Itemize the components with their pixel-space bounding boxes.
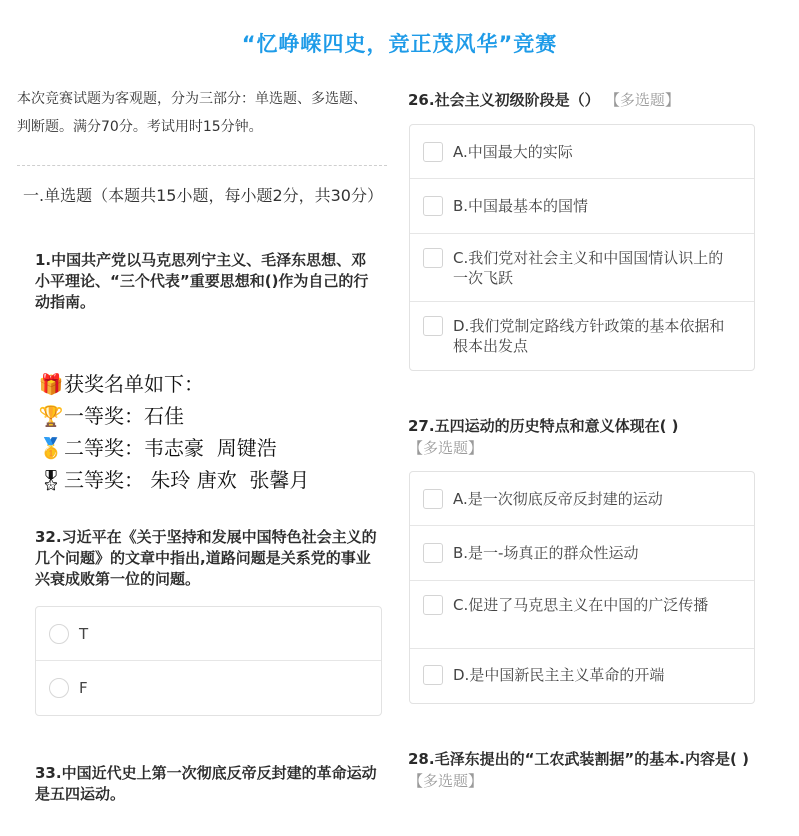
award-rank: 一等奖： (64, 400, 144, 432)
award-second: 🥇 二等奖： 韦志豪 周键浩 (38, 432, 378, 464)
trophy-icon: 🏆 (38, 400, 64, 432)
award-names: 石佳 (144, 400, 184, 432)
question-28-text: 28.毛泽东提出的“工农武装割据”的基本.内容是( ) (408, 750, 749, 768)
option-a[interactable]: A.是一次彻底反帝反封建的运动 (410, 472, 754, 526)
option-label: T (79, 625, 88, 643)
award-rank: 三等奖： (64, 464, 144, 496)
option-label: B.是一-场真正的群众性运动 (453, 543, 738, 563)
option-label: A.是一次彻底反帝反封建的运动 (453, 489, 738, 509)
section-heading-single-choice: 一.单选题（本题共15小题，每小题2分，共30分） (23, 185, 383, 207)
option-label: F (79, 679, 88, 697)
radio-button[interactable] (49, 624, 69, 644)
option-label: D.是中国新民主主义革命的开端 (453, 665, 738, 685)
question-27-options: A.是一次彻底反帝反封建的运动 B.是一-场真正的群众性运动 C.促进了马克思主… (409, 471, 755, 704)
multi-choice-tag: 【多选题】 (408, 439, 483, 457)
award-first: 🏆 一等奖： 石佳 (38, 400, 378, 432)
multi-choice-tag: 【多选题】 (605, 91, 680, 109)
awards-heading-text: 获奖名单如下： (64, 368, 204, 400)
military-medal-icon: 🎖 (38, 464, 64, 496)
question-27-title: 27.五四运动的历史特点和意义体现在( ) 【多选题】 (408, 415, 758, 459)
option-true[interactable]: T (36, 607, 381, 661)
award-names: 朱玲 唐欢 张馨月 (144, 464, 309, 496)
question-27-text: 27.五四运动的历史特点和意义体现在( ) (408, 417, 679, 435)
checkbox[interactable] (423, 543, 443, 563)
option-a[interactable]: A.中国最大的实际 (410, 125, 754, 179)
question-26-text: 26.社会主义初级阶段是（） (408, 91, 600, 109)
option-b[interactable]: B.中国最基本的国情 (410, 179, 754, 234)
checkbox[interactable] (423, 196, 443, 216)
option-d[interactable]: D.是中国新民主主义革命的开端 (410, 649, 754, 701)
option-b[interactable]: B.是一-场真正的群众性运动 (410, 526, 754, 581)
question-1-text: 1.中国共产党以马克思列宁主义、毛泽东思想、邓小平理论、“三个代表”重要思想和(… (35, 250, 375, 313)
checkbox[interactable] (423, 665, 443, 685)
question-26-title: 26.社会主义初级阶段是（） 【多选题】 (408, 89, 758, 111)
award-names: 韦志豪 周键浩 (144, 432, 277, 464)
option-d[interactable]: D.我们党制定路线方针政策的基本依据和根本出发点 (410, 302, 754, 370)
checkbox[interactable] (423, 142, 443, 162)
dashed-divider (17, 165, 387, 166)
awards-list: 🎁 获奖名单如下： 🏆 一等奖： 石佳 🥇 二等奖： 韦志豪 周键浩 🎖 三等奖… (38, 368, 378, 496)
option-label: A.中国最大的实际 (453, 142, 738, 162)
checkbox[interactable] (423, 316, 443, 336)
award-third: 🎖 三等奖： 朱玲 唐欢 张馨月 (38, 464, 378, 496)
checkbox[interactable] (423, 248, 443, 268)
option-false[interactable]: F (36, 661, 381, 715)
award-rank: 二等奖： (64, 432, 144, 464)
question-32-text: 32.习近平在《关于坚持和发展中国特色社会主义的几个问题》的文章中指出,道路问题… (35, 527, 380, 590)
radio-button[interactable] (49, 678, 69, 698)
option-label: B.中国最基本的国情 (453, 196, 738, 216)
question-26-options: A.中国最大的实际 B.中国最基本的国情 C.我们党对社会主义和中国国情认识上的… (409, 124, 755, 371)
gift-icon: 🎁 (38, 368, 64, 400)
option-label: D.我们党制定路线方针政策的基本依据和根本出发点 (453, 316, 738, 356)
multi-choice-tag: 【多选题】 (408, 772, 483, 790)
question-28-title: 28.毛泽东提出的“工农武装割据”的基本.内容是( ) 【多选题】 (408, 748, 758, 792)
question-32-options: T F (35, 606, 382, 716)
option-label: C.促进了马克思主义在中国的广泛传播 (453, 595, 738, 615)
question-33-text: 33.中国近代史上第一次彻底反帝反封建的革命运动是五四运动。 (35, 763, 380, 805)
intro-text: 本次竞赛试题为客观题，分为三部分：单选题、多选题、判断题。满分70分。考试用时1… (17, 85, 377, 141)
left-column: 本次竞赛试题为客观题，分为三部分：单选题、多选题、判断题。满分70分。考试用时1… (0, 0, 400, 836)
checkbox[interactable] (423, 489, 443, 509)
awards-heading: 🎁 获奖名单如下： (38, 368, 378, 400)
option-c[interactable]: C.我们党对社会主义和中国国情认识上的一次飞跃 (410, 234, 754, 302)
checkbox[interactable] (423, 595, 443, 615)
option-c[interactable]: C.促进了马克思主义在中国的广泛传播 (410, 581, 754, 649)
option-label: C.我们党对社会主义和中国国情认识上的一次飞跃 (453, 248, 738, 288)
gold-medal-icon: 🥇 (38, 432, 64, 464)
